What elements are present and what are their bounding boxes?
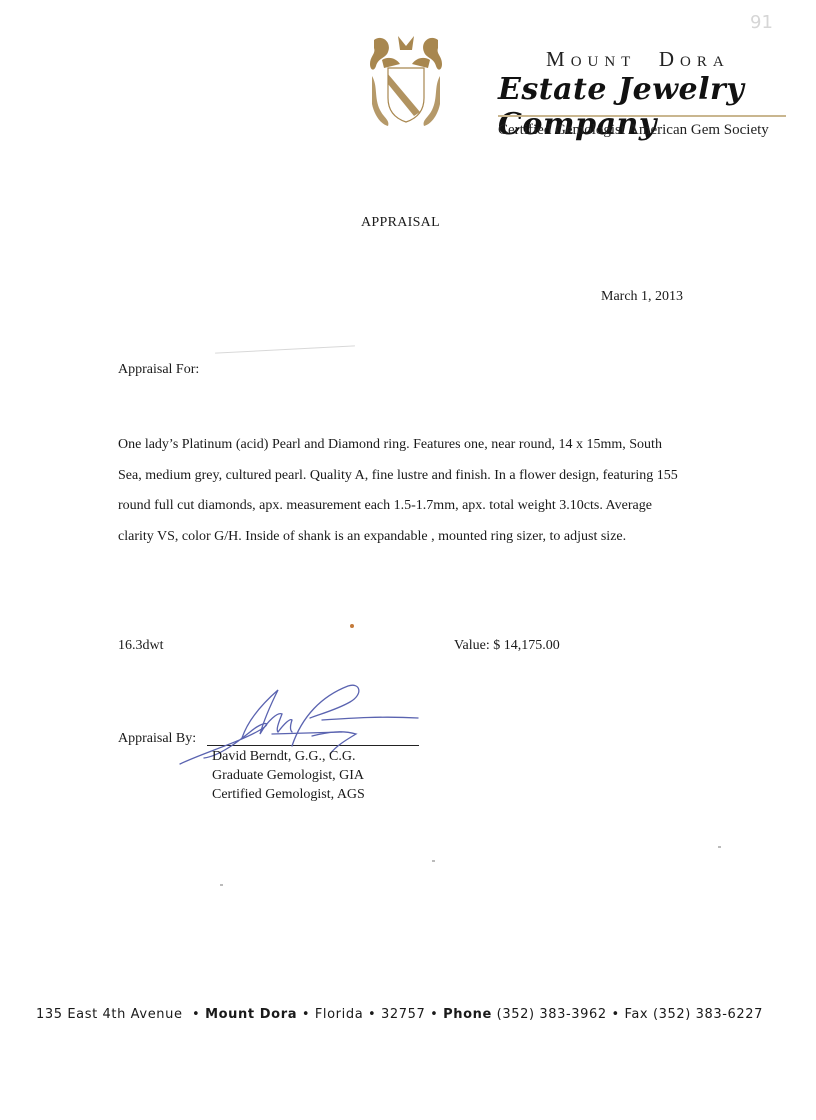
appraisal-for-line [215,345,355,353]
signer-block: David Berndt, G.G., C.G. Graduate Gemolo… [212,747,365,804]
appraisal-for-label: Appraisal For: [118,362,199,378]
brand-name-top: MOUNT DORA [546,47,730,72]
footer-zip: 32757 [381,1007,425,1022]
footer-fax-label: Fax [624,1007,648,1022]
letterhead-divider [498,115,786,117]
signer-title-gia: Graduate Gemologist, GIA [212,766,365,785]
item-description: One lady’s Platinum (acid) Pearl and Dia… [118,430,688,552]
footer-city: Mount Dora [205,1007,297,1022]
footer-separator: • [611,1007,619,1022]
scan-speck [220,884,223,886]
signer-title-ags: Certified Gemologist, AGS [212,785,365,804]
scan-speck [350,624,354,628]
letterhead-footer: 135 East 4th Avenue • Mount Dora • Flori… [36,1007,763,1022]
footer-separator: • [430,1007,438,1022]
item-weight: 16.3dwt [118,638,164,654]
footer-separator: • [192,1007,200,1022]
footer-fax: (352) 383-6227 [653,1007,763,1022]
footer-phone-label: Phone [443,1007,492,1022]
appraised-value: Value: $ 14,175.00 [454,638,560,654]
document-title: APPRAISAL [361,215,440,231]
footer-state: Florida [315,1007,363,1022]
footer-separator: • [302,1007,310,1022]
handwritten-page-note: 91 [750,12,773,33]
scan-speck [718,846,721,848]
signer-name: David Berndt, G.G., C.G. [212,747,365,766]
footer-separator: • [368,1007,376,1022]
brand-subtitle: Certified Gemologist American Gem Societ… [498,122,769,139]
scan-speck [432,860,435,862]
footer-phone: (352) 383-3962 [497,1007,607,1022]
document-date: March 1, 2013 [601,289,683,305]
coat-of-arms-icon [368,32,444,128]
footer-address: 135 East 4th Avenue [36,1007,183,1022]
